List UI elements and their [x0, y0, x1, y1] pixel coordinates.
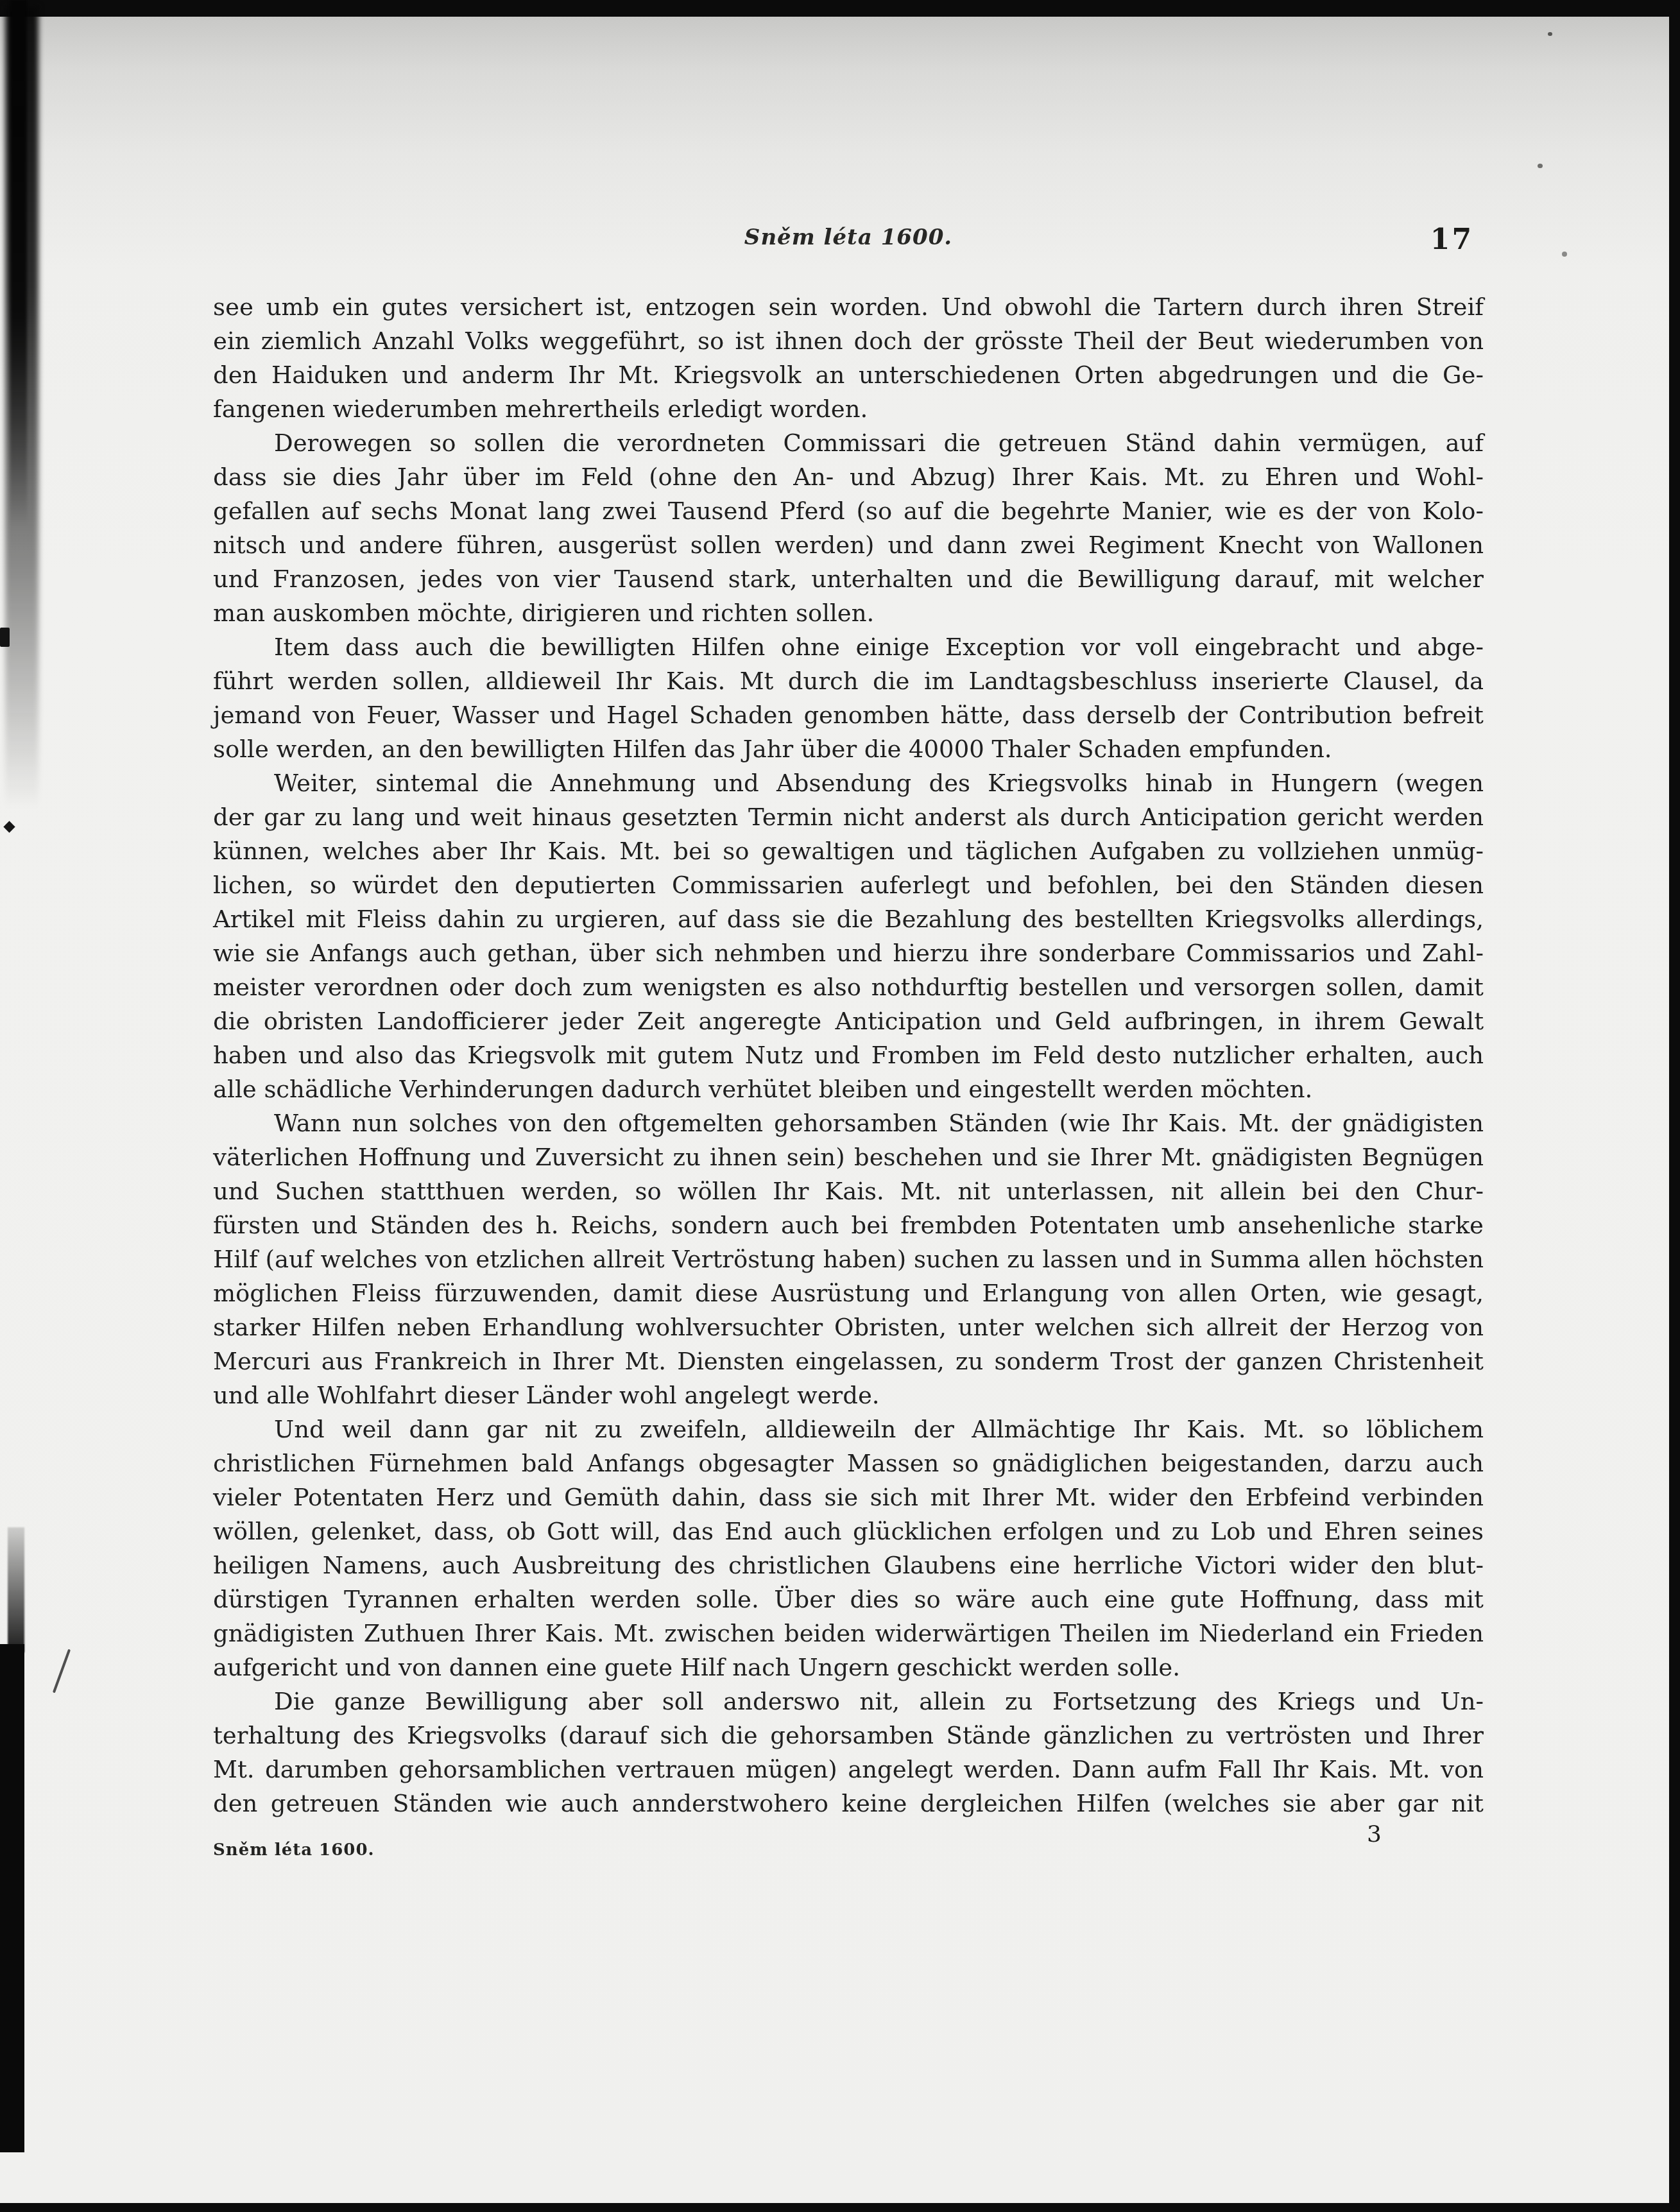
text-line: führt werden sollen, alldieweil Ihr Kais… [213, 664, 1484, 698]
text-line: möglichen Fleiss fürzuwenden, damit dies… [213, 1276, 1484, 1310]
running-title: Sněm léta 1600. [213, 225, 1484, 250]
text-line: und Suchen stattthuen werden, so wöllen … [213, 1174, 1484, 1208]
text-line: Wann nun solches von den oftgemelten geh… [213, 1106, 1484, 1140]
text-line: see umb ein gutes versichert ist, entzog… [213, 290, 1484, 324]
text-line: und alle Wohlfahrt dieser Länder wohl an… [213, 1378, 1484, 1412]
text-line: Die ganze Bewilligung aber soll anderswo… [213, 1685, 1484, 1719]
scan-artifact-diamond [3, 821, 15, 832]
text-line: starker Hilfen neben Erhandlung wohlvers… [213, 1310, 1484, 1344]
text-line: Artikel mit Fleiss dahin zu urgieren, au… [213, 902, 1484, 936]
text-line: fangenen wiederumben mehrertheils erledi… [213, 392, 1484, 426]
text-line: lichen, so würdet den deputierten Commis… [213, 868, 1484, 902]
scan-artifact-speck [1538, 164, 1543, 168]
book-gutter-shadow-mid [8, 1527, 24, 1652]
paragraph: Weiter, sintemal die Annehmung und Absen… [213, 766, 1484, 1106]
text-line: gnädigisten Zuthuen Ihrer Kais. Mt. zwis… [213, 1616, 1484, 1650]
text-line: wöllen, gelenket, dass, ob Gott will, da… [213, 1514, 1484, 1548]
page-number: 17 [1430, 223, 1473, 256]
scan-artifact-speck [1562, 252, 1567, 257]
text-line: Mt. darumben gehorsamblichen vertrauen m… [213, 1753, 1484, 1787]
footer-signature-title: Sněm léta 1600. [213, 1840, 375, 1860]
body-text: see umb ein gutes versichert ist, entzog… [213, 290, 1484, 1821]
text-line: und Franzosen, jedes von vier Tausend st… [213, 562, 1484, 596]
paragraph: see umb ein gutes versichert ist, entzog… [213, 290, 1484, 426]
scan-edge-right [1669, 0, 1680, 2212]
text-line: Hilf (auf welches von etzlichen allreit … [213, 1242, 1484, 1276]
text-line: Derowegen so sollen die verordneten Comm… [213, 426, 1484, 460]
text-line: man auskomben möchte, dirigieren und ric… [213, 596, 1484, 630]
text-line: der gar zu lang und weit hinaus gesetzte… [213, 800, 1484, 834]
text-line: jemand von Feuer, Wasser und Hagel Schad… [213, 698, 1484, 732]
scan-edge-top [0, 0, 1680, 17]
paragraph: Wann nun solches von den oftgemelten geh… [213, 1106, 1484, 1412]
text-line: dürstigen Tyrannen erhalten werden solle… [213, 1582, 1484, 1616]
book-gutter-shadow-low [0, 1644, 24, 2152]
text-line: gefallen auf sechs Monat lang zwei Tause… [213, 494, 1484, 528]
text-line: Item dass auch die bewilligten Hilfen oh… [213, 630, 1484, 664]
scan-artifact-speck [1548, 32, 1552, 36]
paragraph: Die ganze Bewilligung aber soll anderswo… [213, 1685, 1484, 1821]
text-line: haben und also das Kriegsvolk mit gutem … [213, 1038, 1484, 1072]
text-line: christlichen Fürnehmen bald Anfangs obge… [213, 1446, 1484, 1480]
text-line: dass sie dies Jahr über im Feld (ohne de… [213, 460, 1484, 494]
paragraph: Derowegen so sollen die verordneten Comm… [213, 426, 1484, 630]
text-line: nitsch und andere führen, ausgerüst soll… [213, 528, 1484, 562]
text-line: terhaltung des Kriegsvolks (darauf sich … [213, 1719, 1484, 1753]
text-line: ein ziemlich Anzahl Volks weggeführt, so… [213, 324, 1484, 358]
scan-edge-bottom [0, 2203, 1680, 2212]
text-line: den Haiduken und anderm Ihr Mt. Kriegsvo… [213, 358, 1484, 392]
text-line: Weiter, sintemal die Annehmung und Absen… [213, 766, 1484, 800]
paragraph: Item dass auch die bewilligten Hilfen oh… [213, 630, 1484, 766]
text-line: die obristen Landofficierer jeder Zeit a… [213, 1004, 1484, 1038]
text-line: alle schädliche Verhinderungen dadurch v… [213, 1072, 1484, 1106]
paragraph: Und weil dann gar nit zu zweifeln, alldi… [213, 1412, 1484, 1685]
text-line: meister verordnen oder doch zum wenigste… [213, 970, 1484, 1004]
text-line: fürsten und Ständen des h. Reichs, sonde… [213, 1208, 1484, 1242]
text-line: Und weil dann gar nit zu zweifeln, alldi… [213, 1412, 1484, 1446]
text-line: heiligen Namens, auch Ausbreitung des ch… [213, 1548, 1484, 1582]
text-line: den getreuen Ständen wie auch annderstwo… [213, 1787, 1484, 1821]
text-line: väterlichen Hoffnung und Zuversicht zu i… [213, 1140, 1484, 1174]
book-gutter-shadow-core [10, 0, 27, 526]
footer-sheet-number: 3 [1367, 1821, 1382, 1848]
text-line: Mercuri aus Frankreich in Ihrer Mt. Dien… [213, 1344, 1484, 1378]
scan-artifact-diagonal-mark [53, 1649, 71, 1693]
text-line: vieler Potentaten Herz und Gemüth dahin,… [213, 1480, 1484, 1514]
scan-artifact-tick [0, 628, 10, 647]
scanned-book-page: Sněm léta 1600. 17 see umb ein gutes ver… [0, 0, 1680, 2212]
text-line: aufgericht und von dannen eine guete Hil… [213, 1650, 1484, 1685]
text-line: solle werden, an den bewilligten Hilfen … [213, 732, 1484, 766]
text-line: wie sie Anfangs auch gethan, über sich n… [213, 936, 1484, 970]
page-header: Sněm léta 1600. 17 [213, 225, 1484, 258]
text-line: künnen, welches aber Ihr Kais. Mt. bei s… [213, 834, 1484, 868]
